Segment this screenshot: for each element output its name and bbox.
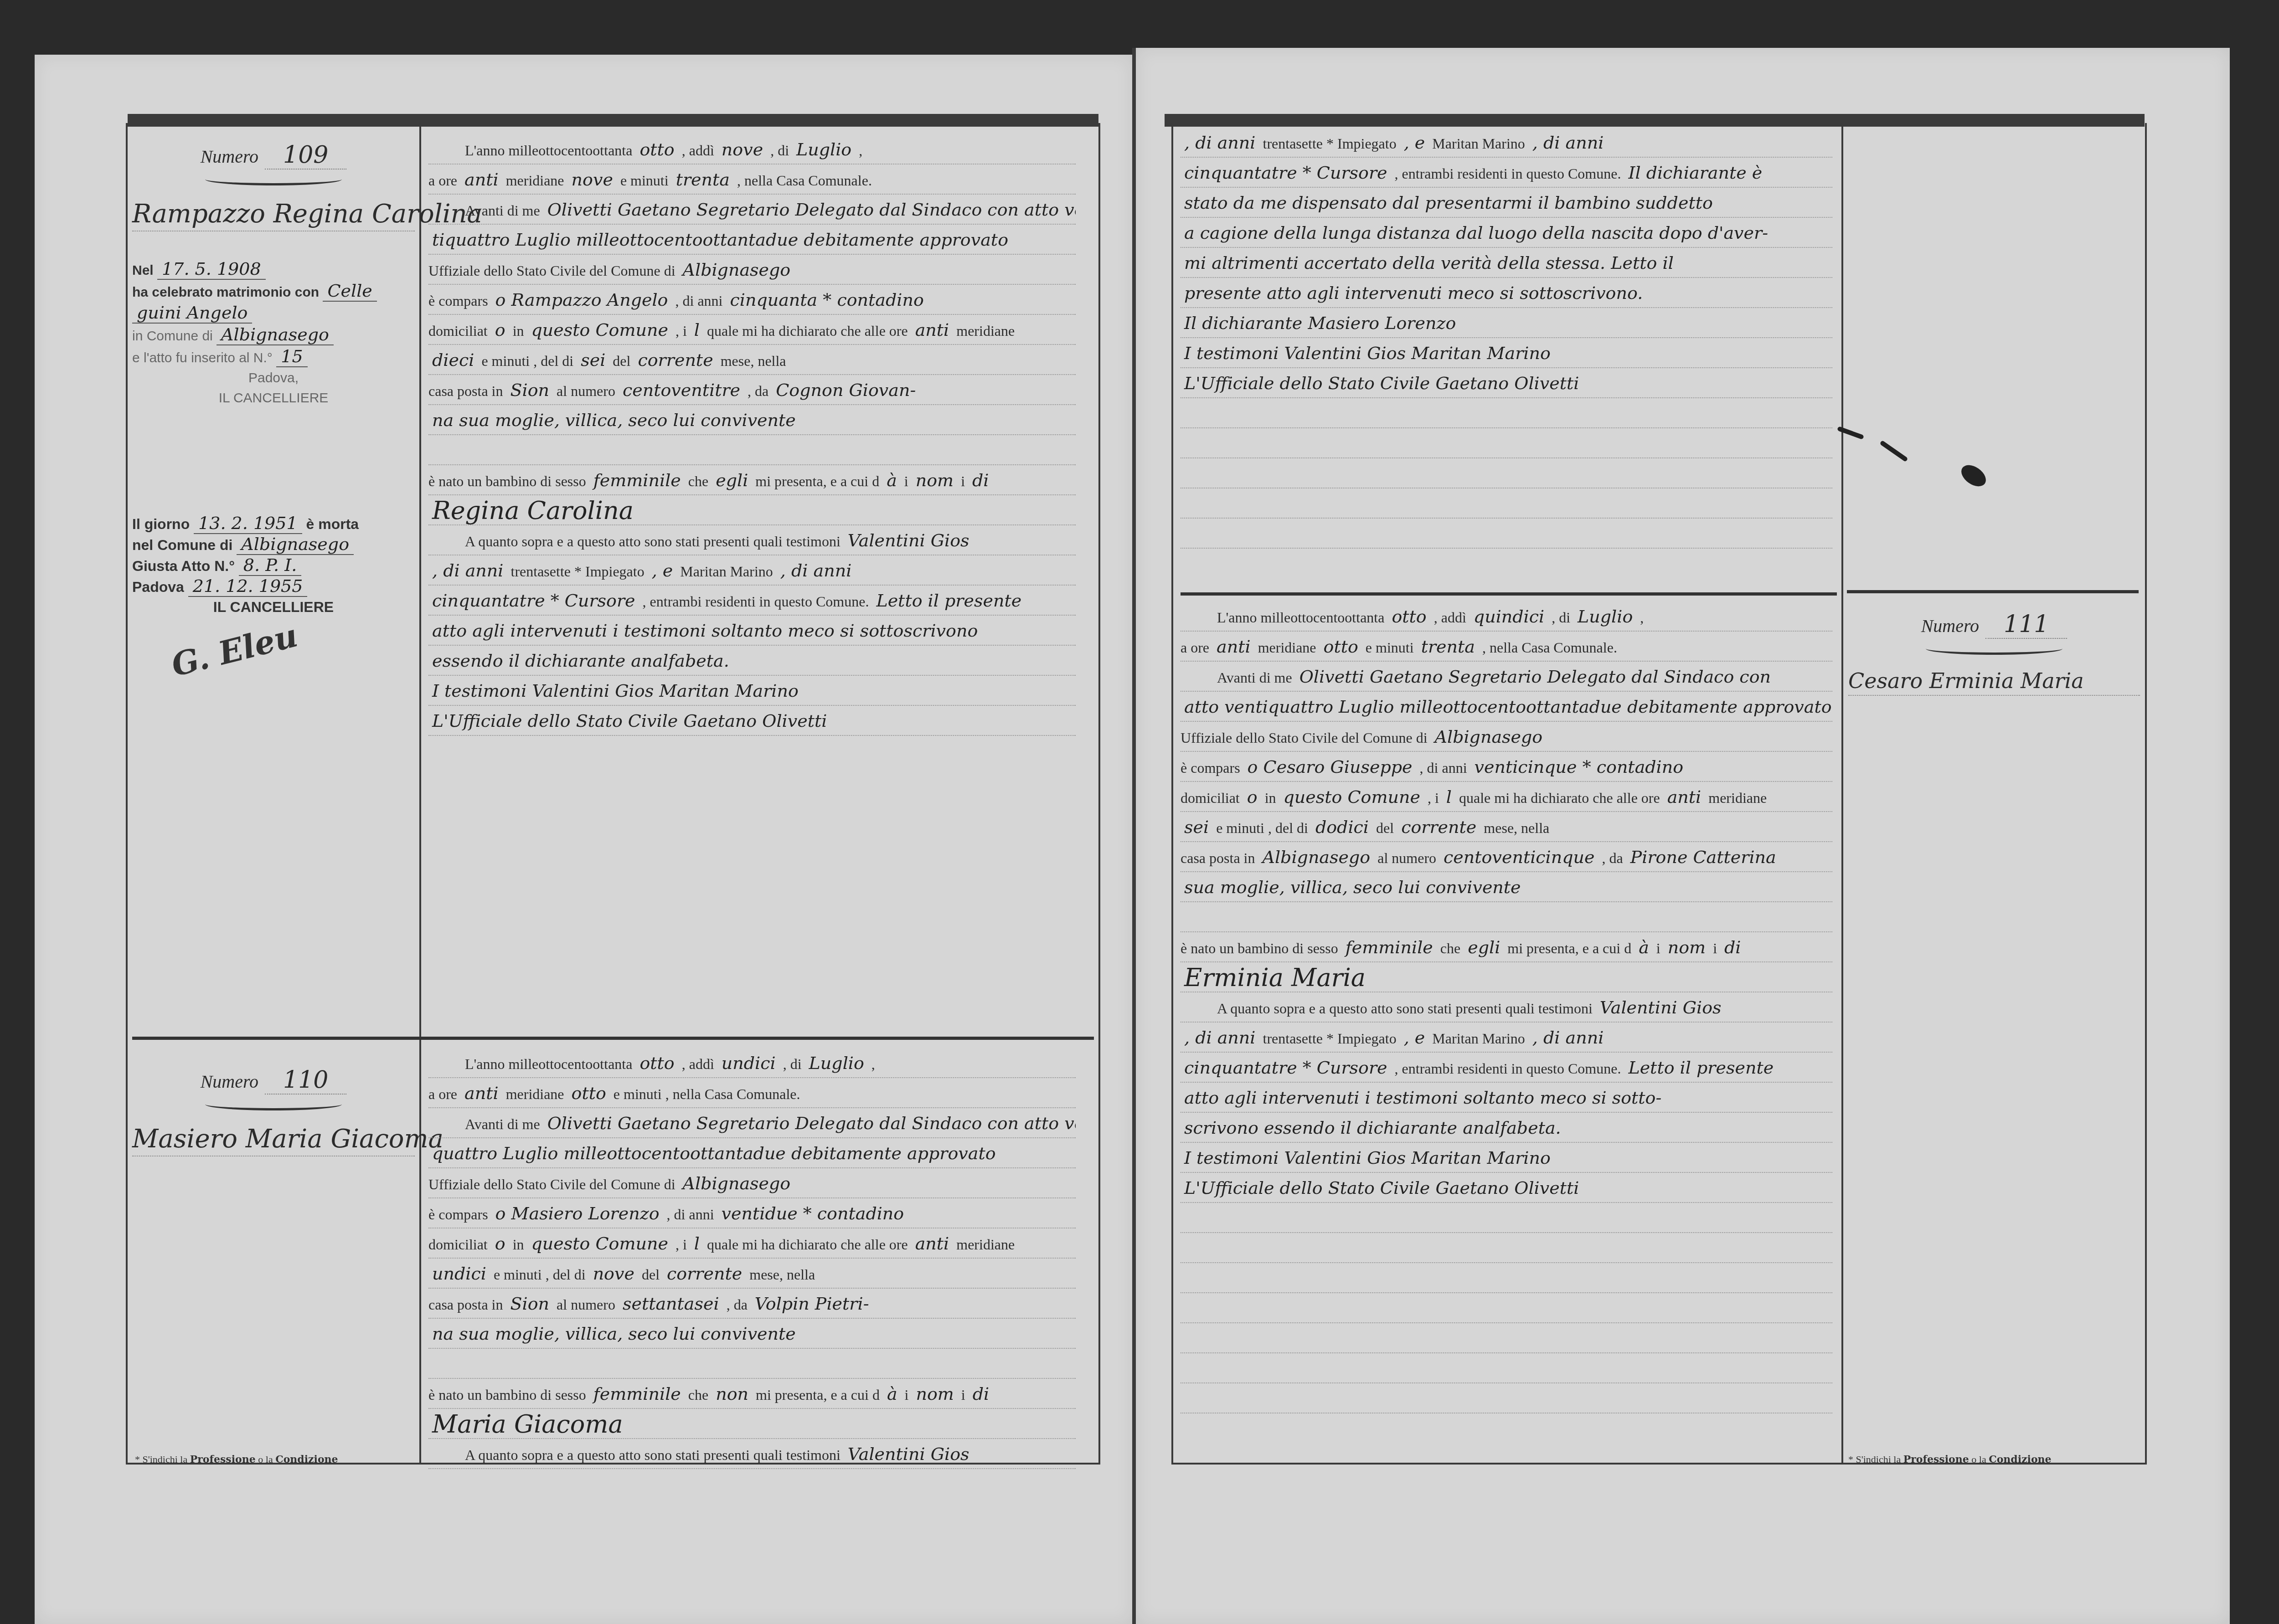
handwritten-entry: corrente xyxy=(1397,817,1480,837)
act-line: domiciliat o in questo Comune , i l qual… xyxy=(1181,782,1832,812)
handwritten-entry: Valentini Gios xyxy=(844,1444,973,1464)
handwritten-entry: Letto il presente xyxy=(1624,1058,1777,1078)
printed-text: e minuti xyxy=(481,353,530,369)
handwritten-entry: Albignasego xyxy=(679,260,794,280)
handwritten-entry: venticinque * contadino xyxy=(1471,757,1687,777)
act-line: na sua moglie, villica, seco lui convive… xyxy=(428,405,1076,435)
act-line: A quanto sopra e a questo atto sono stat… xyxy=(1181,992,1832,1023)
handwritten-entry: Albignasego xyxy=(1431,727,1547,747)
handwritten-entry: femminile xyxy=(590,1384,685,1404)
printed-text: meridiane xyxy=(956,323,1015,339)
printed-text: L'anno milleottocentoottanta xyxy=(465,142,632,159)
handwritten-entry: o Masiero Lorenzo xyxy=(492,1203,663,1223)
act-line: atto agli intervenuti i testimoni soltan… xyxy=(1181,1083,1832,1113)
handwritten-entry: , di anni xyxy=(1181,1028,1259,1048)
printed-text: meridiane xyxy=(1708,790,1767,806)
handwritten-entry: anti xyxy=(912,1233,953,1254)
printed-text: in xyxy=(513,1236,524,1253)
printed-text: mese, nella xyxy=(721,353,786,369)
act-line: a ore anti meridiane otto e minuti trent… xyxy=(1181,632,1832,662)
handwritten-entry: otto xyxy=(636,139,678,159)
act-line xyxy=(1181,1383,1832,1413)
act-number: Numero111 xyxy=(1848,611,2140,638)
printed-text: in xyxy=(1265,790,1276,806)
printed-text: è compars xyxy=(428,293,488,309)
act-line: a ore anti meridiane otto e minuti , nel… xyxy=(428,1078,1076,1108)
handwritten-entry: , di anni xyxy=(1529,1028,1607,1048)
registrant-name: Rampazzo Regina Carolina xyxy=(132,199,415,231)
flourish-decoration xyxy=(205,173,342,185)
handwritten-entry: à xyxy=(883,470,901,490)
printed-text: L'anno milleottocentoottanta xyxy=(465,1056,632,1072)
handwritten-entry: cinquantatre * Cursore xyxy=(1181,163,1391,183)
act-line: cinquantatre * Cursore , entrambi reside… xyxy=(428,586,1076,616)
handwritten-entry: Volpin Pietri- xyxy=(751,1294,873,1314)
act-number: Numero109 xyxy=(132,141,415,169)
printed-text: mese, nella xyxy=(1484,820,1549,836)
printed-text: casa posta in xyxy=(428,1296,503,1313)
act-line: a cagione della lunga distanza dal luogo… xyxy=(1181,218,1832,248)
handwritten-entry: Letto il presente xyxy=(872,591,1025,611)
handwritten-entry: otto xyxy=(636,1053,678,1073)
printed-text: , di xyxy=(783,1056,802,1072)
act-separator-110-111 xyxy=(1181,592,1837,596)
printed-text: domiciliat xyxy=(428,1236,488,1253)
printed-text: , di xyxy=(770,142,789,159)
printed-text: A quanto sopra e a questo atto sono stat… xyxy=(465,533,840,550)
margin-act-111: Numero111 Cesaro Erminia Maria xyxy=(1848,611,2140,696)
handwritten-entry: Olivetti Gaetano Segretario Delegato dal… xyxy=(544,200,1076,220)
handwritten-entry: sua moglie, villica, seco lui convivente xyxy=(1181,877,1525,897)
act-line: L'anno milleottocentoottanta otto , addì… xyxy=(428,134,1076,164)
margin-separator-111 xyxy=(1847,590,2139,593)
printed-text: i xyxy=(904,473,908,489)
printed-text: del xyxy=(1376,820,1394,836)
handwritten-entry: di xyxy=(969,1384,993,1404)
act-line: Uffiziale dello Stato Civile del Comune … xyxy=(428,1168,1076,1198)
printed-text: , entrambi residenti in questo Comune. xyxy=(1395,165,1621,182)
handwritten-entry: presente atto agli intervenuti meco si s… xyxy=(1181,283,1646,303)
printed-text: Uffiziale dello Stato Civile del Comune … xyxy=(428,1176,675,1192)
act-line: è compars o Masiero Lorenzo , di anni ve… xyxy=(428,1198,1076,1228)
handwritten-entry: , e xyxy=(1400,1028,1429,1048)
act-line: quattro Luglio milleottocentoottantadue … xyxy=(428,1138,1076,1168)
left-column-divider xyxy=(419,123,421,1465)
act-line: L'Ufficiale dello Stato Civile Gaetano O… xyxy=(1181,368,1832,398)
act-line: domiciliat o in questo Comune , i l qual… xyxy=(428,1228,1076,1259)
act-line: Avanti di me Olivetti Gaetano Segretario… xyxy=(428,1108,1076,1138)
printed-text: i xyxy=(1656,940,1660,956)
act-line: L'Ufficiale dello Stato Civile Gaetano O… xyxy=(1181,1173,1832,1203)
handwritten-entry: sei xyxy=(1181,817,1212,837)
act-line xyxy=(1181,458,1832,488)
act-line xyxy=(1181,1353,1832,1383)
handwritten-entry: otto xyxy=(1320,637,1362,657)
handwritten-entry: I testimoni Valentini Gios Maritan Marin… xyxy=(1181,1148,1554,1168)
printed-text: è nato un bambino di sesso xyxy=(428,473,586,489)
printed-text: i xyxy=(961,473,965,489)
printed-text: quale mi ha dichiarato che alle ore xyxy=(1459,790,1660,806)
handwritten-entry: ventidue * contadino xyxy=(718,1203,908,1223)
printed-text: Avanti di me xyxy=(465,202,540,219)
printed-text: , i xyxy=(675,1236,687,1253)
death-annotation: Il giorno 13. 2. 1951 è morta nel Comune… xyxy=(132,513,415,646)
flourish-decoration xyxy=(205,1098,342,1110)
printed-text: meridiane xyxy=(956,1236,1015,1253)
act-line: atto agli intervenuti i testimoni soltan… xyxy=(428,616,1076,646)
handwritten-entry: nom xyxy=(912,470,957,490)
handwritten-entry: cinquantatre * Cursore xyxy=(1181,1058,1391,1078)
act-line: è nato un bambino di sesso femminile che… xyxy=(428,1379,1076,1409)
handwritten-entry: atto agli intervenuti i testimoni soltan… xyxy=(1181,1088,1665,1108)
act-line xyxy=(1181,488,1832,519)
handwritten-entry: Regina Carolina xyxy=(428,496,637,525)
act-line: Uffiziale dello Stato Civile del Comune … xyxy=(1181,722,1832,752)
printed-text: che xyxy=(688,473,708,489)
printed-text: del xyxy=(642,1266,660,1283)
handwritten-entry: L'Ufficiale dello Stato Civile Gaetano O… xyxy=(1181,373,1583,393)
handwritten-entry: o Cesaro Giuseppe xyxy=(1244,757,1416,777)
handwritten-entry: Olivetti Gaetano Segretario Delegato dal… xyxy=(544,1113,1076,1133)
act-line: presente atto agli intervenuti meco si s… xyxy=(1181,278,1832,308)
printed-text: quale mi ha dichiarato che alle ore xyxy=(707,323,908,339)
handwritten-entry: l xyxy=(691,320,703,340)
right-column-divider xyxy=(1841,123,1843,1465)
handwritten-entry: atto ventiquattro Luglio milleottocentoo… xyxy=(1181,697,1832,717)
printed-text: , xyxy=(1640,609,1644,626)
printed-text: i xyxy=(961,1387,965,1403)
handwritten-entry: , di anni xyxy=(777,560,855,581)
handwritten-entry: Olivetti Gaetano Segretario Delegato dal… xyxy=(1296,667,1774,687)
handwritten-entry: questo Comune xyxy=(1280,787,1424,807)
handwritten-entry: à xyxy=(883,1384,901,1404)
act-line: sua moglie, villica, seco lui convivente xyxy=(1181,872,1832,902)
book-gutter xyxy=(1132,48,1136,1624)
act-line: atto ventiquattro Luglio milleottocentoo… xyxy=(1181,692,1832,722)
printed-text: , di anni xyxy=(675,293,722,309)
printed-text: a ore xyxy=(428,1086,457,1102)
handwritten-entry: Valentini Gios xyxy=(844,530,973,550)
printed-text: trentasette * Impiegato xyxy=(1263,1030,1396,1047)
handwritten-entry: centoventicinque xyxy=(1440,847,1598,867)
printed-text: , nella Casa Comunale. xyxy=(1482,639,1617,656)
act-line xyxy=(1181,1203,1832,1233)
printed-text: , entrambi residenti in questo Comune. xyxy=(643,593,869,610)
act-110-body: L'anno milleottocentoottanta otto , addì… xyxy=(428,1048,1076,1469)
printed-text: mi presenta, e a cui d xyxy=(1507,940,1631,956)
printed-text: A quanto sopra e a questo atto sono stat… xyxy=(1217,1000,1593,1017)
act-line: casa posta in Sion al numero settantasei… xyxy=(428,1289,1076,1319)
printed-text: i xyxy=(905,1387,909,1403)
handwritten-entry: anti xyxy=(461,170,502,190)
handwritten-entry: questo Comune xyxy=(528,320,672,340)
printed-text: , da xyxy=(727,1296,748,1313)
printed-text: quale mi ha dichiarato che alle ore xyxy=(707,1236,908,1253)
act-line: casa posta in Albignasego al numero cent… xyxy=(1181,842,1832,872)
handwritten-entry: I testimoni Valentini Gios Maritan Marin… xyxy=(428,681,802,701)
printed-text: , xyxy=(871,1056,875,1072)
handwritten-entry: Valentini Gios xyxy=(1596,997,1725,1018)
printed-text: , di anni xyxy=(667,1206,714,1223)
printed-text: mi presenta, e a cui d xyxy=(756,1387,880,1403)
handwritten-entry: corrente xyxy=(634,350,717,370)
printed-text: casa posta in xyxy=(428,383,503,399)
footnote-left: * S'indichi la Professione o la Condizio… xyxy=(135,1454,338,1465)
act-line: tiquattro Luglio milleottocentoottantadu… xyxy=(428,225,1076,255)
handwritten-entry: o xyxy=(491,1233,509,1254)
printed-text: meridiane xyxy=(506,172,564,189)
handwritten-entry: Pirone Catterina xyxy=(1627,847,1780,867)
handwritten-entry: quattro Luglio milleottocentoottantadue … xyxy=(428,1143,1000,1163)
handwritten-entry: L'Ufficiale dello Stato Civile Gaetano O… xyxy=(1181,1178,1583,1198)
printed-text: al numero xyxy=(1377,850,1436,866)
handwritten-entry: Sion xyxy=(507,380,553,400)
printed-text: , nella Casa Comunale. xyxy=(665,1086,800,1102)
printed-text: Avanti di me xyxy=(1217,669,1292,686)
margin-act-110: Numero110 Masiero Maria Giacoma xyxy=(132,1066,415,1156)
handwritten-entry: Luglio xyxy=(793,139,855,159)
act-separator-109-110 xyxy=(132,1037,1094,1040)
flourish-decoration xyxy=(1926,642,2062,655)
handwritten-entry: centoventitre xyxy=(619,380,744,400)
handwritten-entry: di xyxy=(1721,937,1744,957)
handwritten-entry: otto xyxy=(1388,606,1430,627)
handwritten-entry: Maria Giacoma xyxy=(428,1410,627,1439)
act-number: Numero110 xyxy=(132,1066,415,1094)
act-line: undici e minuti , del di nove del corren… xyxy=(428,1259,1076,1289)
handwritten-entry: sei xyxy=(577,350,609,370)
act-line xyxy=(1181,1293,1832,1323)
printed-text: Maritan Marino xyxy=(680,563,773,580)
handwritten-entry: stato da me dispensato dal presentarmi i… xyxy=(1181,193,1717,213)
printed-text: , da xyxy=(748,383,768,399)
handwritten-entry: undici xyxy=(428,1264,490,1284)
printed-text: Maritan Marino xyxy=(1432,135,1525,152)
act-line xyxy=(428,435,1076,465)
act-line: Il dichiarante Masiero Lorenzo xyxy=(1181,308,1832,338)
act-line: sei e minuti , del di dodici del corrent… xyxy=(1181,812,1832,842)
act-line: Avanti di me Olivetti Gaetano Segretario… xyxy=(428,195,1076,225)
handwritten-entry: quindici xyxy=(1470,606,1548,627)
printed-text: , xyxy=(859,142,862,159)
handwritten-entry: l xyxy=(691,1233,703,1254)
handwritten-entry: Albignasego xyxy=(679,1173,794,1193)
printed-text: che xyxy=(1440,940,1460,956)
printed-text: al numero xyxy=(557,1296,615,1313)
printed-text: e minuti xyxy=(494,1266,542,1283)
act-line xyxy=(1181,398,1832,428)
printed-text: , del di xyxy=(1268,820,1308,836)
printed-text: Uffiziale dello Stato Civile del Comune … xyxy=(1181,730,1428,746)
handwritten-entry: trenta xyxy=(672,170,733,190)
act-line: , di anni trentasette * Impiegato , e Ma… xyxy=(1181,1023,1832,1053)
printed-text: Maritan Marino xyxy=(1432,1030,1525,1047)
handwritten-entry: anti xyxy=(1664,787,1705,807)
handwritten-entry: mi altrimenti accertato della verità del… xyxy=(1181,253,1677,273)
handwritten-entry: di xyxy=(969,470,992,490)
handwritten-entry: anti xyxy=(461,1083,502,1103)
handwritten-entry: tiquattro Luglio milleottocentoottantadu… xyxy=(428,230,1012,250)
handwritten-entry: a cagione della lunga distanza dal luogo… xyxy=(1181,223,1772,243)
printed-text: Uffiziale dello Stato Civile del Comune … xyxy=(428,262,675,279)
act-line: , di anni trentasette * Impiegato , e Ma… xyxy=(428,555,1076,586)
printed-text: , di anni xyxy=(1420,760,1467,776)
handwritten-entry: Erminia Maria xyxy=(1181,963,1369,992)
act-110-continuation: , di anni trentasette * Impiegato , e Ma… xyxy=(1181,128,1832,549)
printed-text: , addì xyxy=(682,1056,714,1072)
act-line: stato da me dispensato dal presentarmi i… xyxy=(1181,188,1832,218)
handwritten-entry: anti xyxy=(1213,637,1254,657)
printed-text: i xyxy=(1713,940,1717,956)
act-line xyxy=(1181,1263,1832,1293)
act-111-body: L'anno milleottocentoottanta otto , addì… xyxy=(1181,601,1832,1413)
act-line: , di anni trentasette * Impiegato , e Ma… xyxy=(1181,128,1832,158)
printed-text: al numero xyxy=(557,383,615,399)
printed-text: , i xyxy=(675,323,687,339)
printed-text: e minuti xyxy=(1366,639,1414,656)
act-line xyxy=(1181,1323,1832,1353)
act-line: Regina Carolina xyxy=(428,495,1076,525)
act-line: I testimoni Valentini Gios Maritan Marin… xyxy=(428,676,1076,706)
printed-text: è compars xyxy=(1181,760,1240,776)
handwritten-entry: trenta xyxy=(1418,637,1479,657)
printed-text: , del di xyxy=(546,1266,586,1283)
act-line xyxy=(1181,519,1832,549)
handwritten-entry: o xyxy=(1243,787,1261,807)
printed-text: trentasette * Impiegato xyxy=(1263,135,1396,152)
footnote-right: * S'indichi la Professione o la Condizio… xyxy=(1848,1454,2052,1465)
handwritten-entry: o Rampazzo Angelo xyxy=(492,290,672,310)
handwritten-entry: undici xyxy=(718,1053,779,1073)
handwritten-entry: egli xyxy=(712,470,752,490)
handwritten-entry: femminile xyxy=(1342,937,1437,957)
registrant-name: Cesaro Erminia Maria xyxy=(1848,668,2140,696)
printed-text: , da xyxy=(1602,850,1623,866)
handwritten-entry: Luglio xyxy=(1574,606,1636,627)
handwritten-entry: Il dichiarante è xyxy=(1624,163,1766,183)
handwritten-entry: Sion xyxy=(507,1294,553,1314)
act-line: cinquantatre * Cursore , entrambi reside… xyxy=(1181,158,1832,188)
printed-text: mese, nella xyxy=(749,1266,815,1283)
handwritten-entry: questo Comune xyxy=(528,1233,672,1254)
handwritten-entry: l xyxy=(1443,787,1455,807)
handwritten-entry: na sua moglie, villica, seco lui convive… xyxy=(428,410,799,430)
act-line xyxy=(428,1349,1076,1379)
act-line xyxy=(1181,428,1832,458)
act-line: è nato un bambino di sesso femminile che… xyxy=(1181,932,1832,962)
act-line: L'anno milleottocentoottanta otto , addì… xyxy=(1181,601,1832,632)
handwritten-entry: dodici xyxy=(1312,817,1372,837)
handwritten-entry: nove xyxy=(568,170,617,190)
handwritten-entry: femminile xyxy=(590,470,685,490)
handwritten-entry: , e xyxy=(1400,133,1429,153)
handwritten-entry: , di anni xyxy=(1529,133,1607,153)
act-line: Maria Giacoma xyxy=(428,1409,1076,1439)
act-line: domiciliat o in questo Comune , i l qual… xyxy=(428,315,1076,345)
handwritten-entry: cinquanta * contadino xyxy=(726,290,927,310)
printed-text: , addì xyxy=(682,142,714,159)
act-line: na sua moglie, villica, seco lui convive… xyxy=(428,1319,1076,1349)
act-line: L'anno milleottocentoottanta otto , addì… xyxy=(428,1048,1076,1078)
handwritten-entry: dieci xyxy=(428,350,478,370)
act-line: Uffiziale dello Stato Civile del Comune … xyxy=(428,255,1076,285)
handwritten-entry: nom xyxy=(1664,937,1709,957)
act-line: dieci e minuti , del di sei del corrente… xyxy=(428,345,1076,375)
handwritten-entry: cinquantatre * Cursore xyxy=(428,591,639,611)
printed-text: , di xyxy=(1552,609,1570,626)
handwritten-entry: egli xyxy=(1464,937,1504,957)
act-line: I testimoni Valentini Gios Maritan Marin… xyxy=(1181,1143,1832,1173)
printed-text: a ore xyxy=(428,172,457,189)
handwritten-entry: , e xyxy=(648,560,677,581)
handwritten-entry: o xyxy=(491,320,509,340)
registrant-name: Masiero Maria Giacoma xyxy=(132,1124,415,1156)
printed-text: casa posta in xyxy=(1181,850,1255,866)
printed-text: del xyxy=(613,353,630,369)
act-line: a ore anti meridiane nove e minuti trent… xyxy=(428,164,1076,195)
handwritten-entry: , di anni xyxy=(428,560,507,581)
printed-text: è nato un bambino di sesso xyxy=(1181,940,1338,956)
act-line: L'Ufficiale dello Stato Civile Gaetano O… xyxy=(428,706,1076,736)
act-line xyxy=(1181,902,1832,932)
handwritten-entry: non xyxy=(712,1384,752,1404)
act-line xyxy=(1181,1233,1832,1263)
act-line: essendo il dichiarante analfabeta. xyxy=(428,646,1076,676)
handwritten-entry: Il dichiarante Masiero Lorenzo xyxy=(1181,313,1459,333)
handwritten-entry: L'Ufficiale dello Stato Civile Gaetano O… xyxy=(428,711,830,731)
printed-text: è nato un bambino di sesso xyxy=(428,1387,586,1403)
printed-text: meridiane xyxy=(506,1086,564,1102)
printed-text: domiciliat xyxy=(428,323,488,339)
printed-text: A quanto sopra e a questo atto sono stat… xyxy=(465,1447,840,1463)
act-line: I testimoni Valentini Gios Maritan Marin… xyxy=(1181,338,1832,368)
printed-text: in xyxy=(513,323,524,339)
printed-text: a ore xyxy=(1181,639,1209,656)
handwritten-entry: corrente xyxy=(663,1264,746,1284)
printed-text: meridiane xyxy=(1258,639,1316,656)
handwritten-entry: nom xyxy=(912,1384,957,1404)
marriage-annotation: Nel 17. 5. 1908 ha celebrato matrimonio … xyxy=(132,259,415,408)
printed-text: Avanti di me xyxy=(465,1116,540,1132)
printed-text: e minuti xyxy=(614,1086,662,1102)
handwritten-entry: na sua moglie, villica, seco lui convive… xyxy=(428,1324,799,1344)
printed-text: e minuti xyxy=(620,172,669,189)
act-109-body: L'anno milleottocentoottanta otto , addì… xyxy=(428,134,1076,736)
act-line: Erminia Maria xyxy=(1181,962,1832,992)
handwritten-entry: anti xyxy=(912,320,953,340)
act-line: A quanto sopra e a questo atto sono stat… xyxy=(428,1439,1076,1469)
printed-text: , i xyxy=(1428,790,1439,806)
act-line: cinquantatre * Cursore , entrambi reside… xyxy=(1181,1053,1832,1083)
printed-text: , entrambi residenti in questo Comune. xyxy=(1395,1060,1621,1077)
act-line: è compars o Rampazzo Angelo , di anni ci… xyxy=(428,285,1076,315)
act-line: A quanto sopra e a questo atto sono stat… xyxy=(428,525,1076,555)
margin-act-109: Numero109 Rampazzo Regina Carolina Nel 1… xyxy=(132,141,415,646)
handwritten-entry: Albignasego xyxy=(1259,847,1374,867)
handwritten-entry: Luglio xyxy=(805,1053,868,1073)
handwritten-entry: nove xyxy=(589,1264,638,1284)
handwritten-entry: à xyxy=(1635,937,1653,957)
printed-text: L'anno milleottocentoottanta xyxy=(1217,609,1384,626)
printed-text: e minuti xyxy=(1216,820,1264,836)
printed-text: , nella Casa Comunale. xyxy=(737,172,872,189)
act-line: casa posta in Sion al numero centoventit… xyxy=(428,375,1076,405)
printed-text: , del di xyxy=(533,353,573,369)
act-line: è compars o Cesaro Giuseppe , di anni ve… xyxy=(1181,752,1832,782)
printed-text: , addì xyxy=(1434,609,1466,626)
printed-text: è compars xyxy=(428,1206,488,1223)
printed-text: che xyxy=(688,1387,708,1403)
